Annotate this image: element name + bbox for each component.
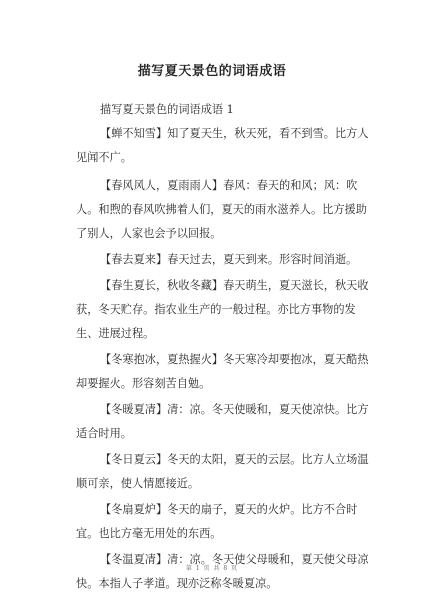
paragraph-line: 【冬寒抱冰，夏热握火】冬天寒冷却要抱冰，夏天酷热 [100, 353, 369, 367]
document-title: 描写夏天景色的词语成语 [0, 60, 424, 79]
paragraph-line: 获，冬天贮存。指农业生产的一般过程。亦比方事物的发 [76, 303, 356, 317]
paragraph-line: 【冬日夏云】冬天的太阳，夏天的云层。比方人立场温 [100, 453, 369, 467]
page-footer: 第 1 页 共 8 页 [0, 563, 424, 572]
paragraph-line: 人。和煦的春风吹拂着人们，夏天的雨水滋养人。比方援助 [76, 203, 367, 217]
paragraph-line: 【春风风人，夏雨雨人】春风：春天的和风；风：吹 [100, 179, 357, 193]
paragraph-line: 【春去夏来】春天过去，夏天到来。形容时间消逝。 [100, 253, 357, 267]
section-heading: 描写夏天景色的词语成语 1 [100, 103, 234, 117]
paragraph-line: 快。本指人子孝道。现亦泛称冬暖夏凉。 [76, 577, 277, 591]
paragraph-line: 【蝉不知雪】知了夏天生，秋天死，看不到雪。比方人 [100, 127, 369, 141]
paragraph-line: 适合时用。 [76, 427, 132, 441]
paragraph-line: 了别人，人家也会予以回报。 [76, 227, 221, 241]
paragraph-line: 宜。也比方毫无用处的东西。 [76, 527, 221, 541]
paragraph-line: 却要握火。形容刻苦自勉。 [76, 377, 210, 391]
paragraph-line: 顺可亲，使人情愿接近。 [76, 477, 199, 491]
paragraph-line: 【冬扇夏炉】冬天的扇子，夏天的火炉。比方不合时 [100, 503, 357, 517]
paragraph-line: 见闻不广。 [76, 151, 132, 165]
paragraph-line: 生、进展过程。 [76, 327, 154, 341]
paragraph-line: 【冬暖夏凊】凊：凉。冬天使暖和，夏天使凉快。比方 [100, 403, 369, 417]
paragraph-line: 【春生夏长，秋收冬藏】春天萌生，夏天滋长，秋天收 [100, 279, 369, 293]
